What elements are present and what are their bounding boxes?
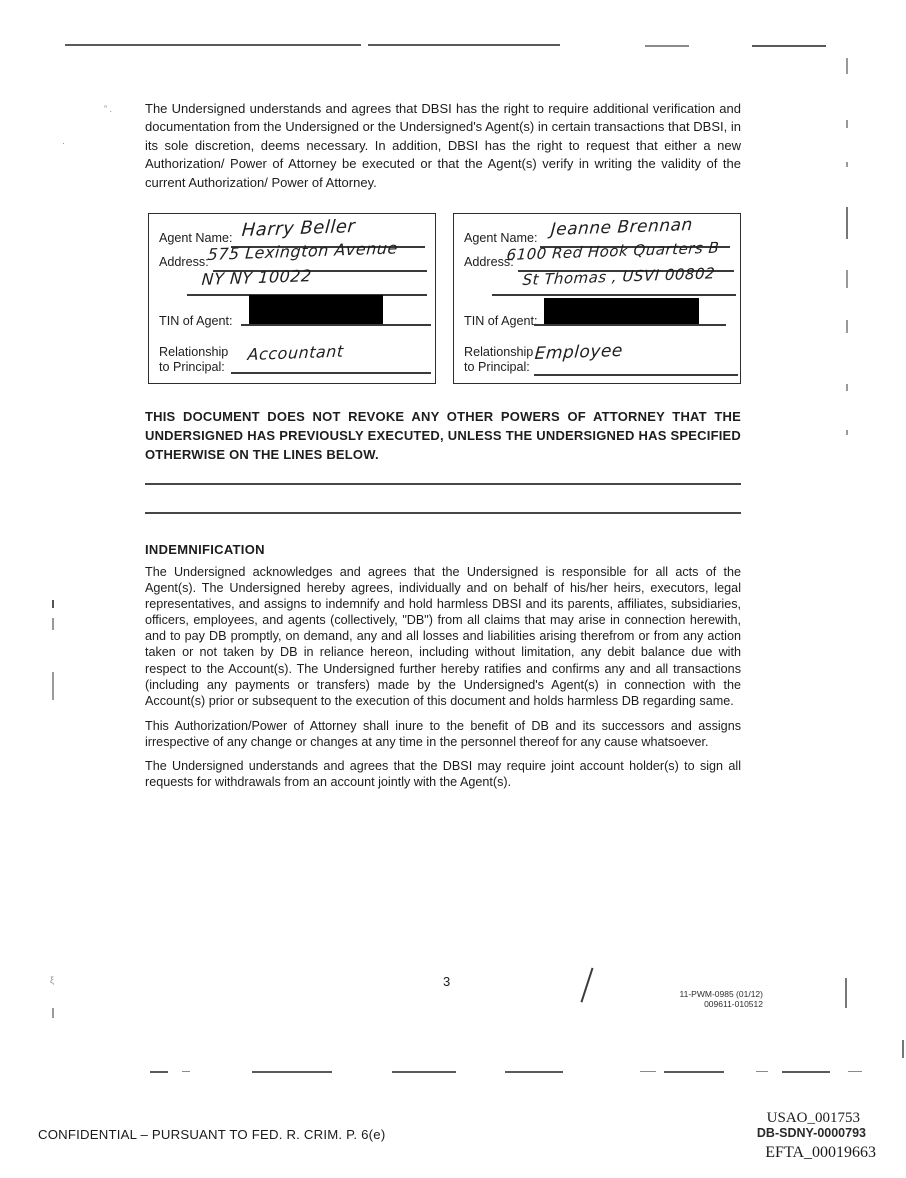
scan-dashed-line-segment (848, 1071, 862, 1072)
no-revoke-notice: THIS DOCUMENT DOES NOT REVOKE ANY OTHER … (145, 407, 741, 464)
form-code-line1: 11-PWM-0985 (01/12) (680, 989, 763, 999)
tin-line (241, 324, 431, 326)
scan-margin-tick (846, 320, 848, 333)
scan-artifact-line (752, 45, 826, 47)
relationship-handwritten: Accountant (247, 342, 344, 364)
agent-box-2: Agent Name: Jeanne Brennan Address: 6100… (453, 213, 741, 384)
scan-margin-tick (846, 207, 848, 239)
bates-number-db-sdny: DB-SDNY-0000793 (757, 1126, 866, 1140)
scan-dashed-line-segment (252, 1071, 332, 1073)
address-label: Address: (159, 255, 209, 269)
address-line2 (492, 294, 736, 296)
scan-artifact-line (645, 45, 689, 47)
write-in-line-2 (145, 512, 741, 514)
form-code-line2: 009611-010512 (680, 999, 763, 1009)
write-in-line-1 (145, 483, 741, 485)
bates-number-usao: USAO_001753 (767, 1110, 860, 1127)
scan-margin-tick (52, 600, 54, 608)
scan-margin-tick (846, 270, 848, 288)
scan-artifact-line (65, 44, 361, 46)
relationship-handwritten: Employee (534, 341, 624, 364)
scan-dashed-line-segment (150, 1071, 168, 1073)
address2-handwritten: St Thomas , USVI 00802 (522, 264, 716, 289)
bates-number-efta: EFTA_00019663 (765, 1144, 876, 1162)
scan-margin-tick (52, 618, 54, 630)
scan-margin-tick (846, 162, 848, 167)
indemnification-paragraph-3: The Undersigned understands and agrees t… (145, 758, 741, 790)
tin-label: TIN of Agent: (464, 314, 538, 328)
tin-redaction-bar (249, 295, 383, 324)
scan-speckle: ” . (104, 104, 112, 114)
address2-handwritten: NY NY 10022 (201, 266, 312, 289)
relationship-label-line2: to Principal: (159, 360, 225, 374)
scan-margin-tick (52, 1008, 54, 1018)
scan-dashed-line-segment (392, 1071, 456, 1073)
scan-margin-tick (846, 384, 848, 391)
agent-box-1: Agent Name: Harry Beller Address: 575 Le… (148, 213, 436, 384)
relationship-label-line2: to Principal: (464, 360, 530, 374)
intro-paragraph: The Undersigned understands and agrees t… (145, 100, 741, 192)
form-code: 11-PWM-0985 (01/12) 009611-010512 (680, 989, 763, 1009)
scan-speckle: ξ (50, 975, 54, 985)
scan-stray-stroke (580, 968, 593, 1003)
relationship-line (534, 374, 738, 376)
relationship-line (231, 372, 431, 374)
scan-dashed-line-segment (182, 1071, 190, 1072)
scan-margin-tick (846, 430, 848, 435)
indemnification-paragraph-2: This Authorization/Power of Attorney sha… (145, 718, 741, 750)
indemnification-paragraph-1: The Undersigned acknowledges and agrees … (145, 564, 741, 709)
scan-dashed-line-segment (782, 1071, 830, 1073)
scan-dashed-line-segment (664, 1071, 724, 1073)
tin-line (534, 324, 726, 326)
scan-artifact-line (368, 44, 560, 46)
indemnification-heading: INDEMNIFICATION (145, 542, 265, 557)
agent-name-label: Agent Name: (464, 231, 538, 245)
tin-redaction-bar (544, 298, 699, 324)
agent-name-handwritten: Jeanne Brennan (550, 215, 693, 240)
scan-dashed-line-segment (640, 1071, 656, 1072)
address1-handwritten: 575 Lexington Avenue (207, 238, 398, 264)
scan-margin-tick (846, 120, 848, 128)
scan-speckle: · (62, 138, 65, 148)
scan-dashed-line-segment (756, 1071, 768, 1072)
scan-margin-tick (845, 978, 847, 1008)
scan-margin-tick (52, 672, 54, 700)
tin-label: TIN of Agent: (159, 314, 233, 328)
scan-margin-tick (902, 1040, 904, 1058)
agent-name-handwritten: Harry Beller (241, 216, 356, 241)
relationship-label-line1: Relationship (464, 345, 533, 359)
scan-margin-tick (846, 58, 848, 74)
page-number: 3 (443, 974, 450, 989)
confidential-stamp: CONFIDENTIAL – PURSUANT TO FED. R. CRIM.… (38, 1127, 385, 1142)
scan-dashed-line-segment (505, 1071, 563, 1073)
relationship-label-line1: Relationship (159, 345, 228, 359)
scanned-document-page: ” . · ξ The Undersigned understands and … (0, 0, 906, 1178)
address1-handwritten: 6100 Red Hook Quarters B (506, 239, 720, 264)
agent-name-label: Agent Name: (159, 231, 233, 245)
